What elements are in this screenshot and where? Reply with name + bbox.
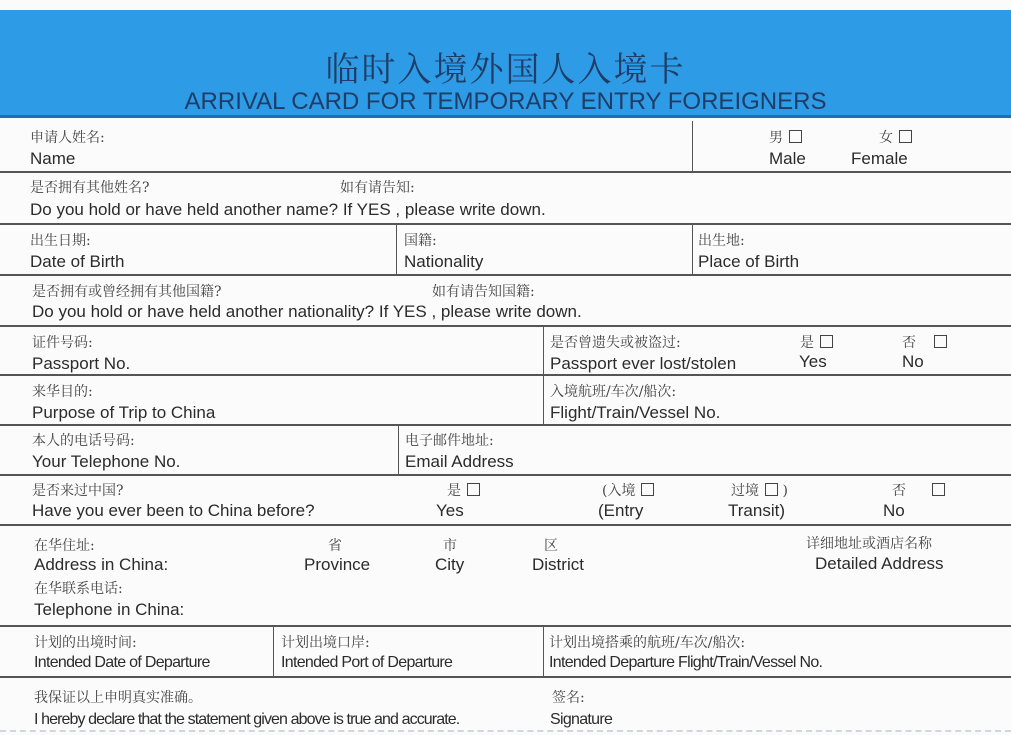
date-of-birth-field[interactable]: 出生日期: Date of Birth [0, 225, 396, 274]
detail-label-cn: 详细地址或酒店名称 [806, 533, 932, 553]
transit-checkbox[interactable] [765, 483, 778, 496]
declaration-row: 我保证以上申明真实准确。 I hereby declare that the s… [0, 678, 1011, 730]
visited-yes-option: 是 [447, 480, 480, 500]
visited-yes-checkbox[interactable] [467, 483, 480, 496]
china-tel-label-en: Telephone in China: [34, 600, 184, 620]
arrival-flight-field[interactable]: 入境航班/车次/船次: Flight/Train/Vessel No. [543, 376, 1011, 424]
place-of-birth-field[interactable]: 出生地: Place of Birth [692, 225, 1011, 274]
transit-option: 过境 ) [731, 480, 788, 500]
address-row[interactable]: 在华住址: Address in China: 省 Province 市 Cit… [0, 526, 1011, 627]
visited-china-row: 是否来过中国? Have you ever been to China befo… [0, 476, 1011, 526]
flight-label-en: Flight/Train/Vessel No. [550, 403, 720, 423]
contact-row: 本人的电话号码: Your Telephone No. 电子邮件地址: Emai… [0, 426, 1011, 476]
departure-date-label-cn: 计划的出境时间: [34, 632, 137, 652]
other-name-if-cn: 如有请告知: [340, 177, 415, 197]
departure-date-label-en: Intended Date of Departure [34, 654, 210, 672]
departure-port-field[interactable]: 计划出境口岸: Intended Port of Departure [273, 627, 543, 676]
name-label-en: Name [30, 149, 75, 169]
pob-label-en: Place of Birth [698, 252, 799, 272]
title-chinese: 临时入境外国人入境卡 [0, 42, 1011, 91]
passport-row: 证件号码: Passport No. 是否曾遗失或被盗过: Passport e… [0, 327, 1011, 376]
address-label-en: Address in China: [34, 555, 168, 575]
province-label-en: Province [304, 555, 370, 575]
female-checkbox[interactable] [899, 130, 912, 143]
other-nat-question-en: Do you hold or have held another nationa… [32, 302, 582, 322]
declaration-cn: 我保证以上申明真实准确。 [34, 687, 202, 707]
detail-label-en: Detailed Address [815, 554, 944, 574]
gender-cell: 男 Male 女 Female [692, 121, 1011, 171]
lost-yes-checkbox[interactable] [820, 335, 833, 348]
other-name-row[interactable]: 是否拥有其他姓名? 如有请告知: Do you hold or have hel… [0, 173, 1011, 225]
dob-label-cn: 出生日期: [30, 230, 91, 250]
title-english: ARRIVAL CARD FOR TEMPORARY ENTRY FOREIGN… [0, 88, 1011, 116]
telephone-field[interactable]: 本人的电话号码: Your Telephone No. [0, 426, 398, 474]
email-field[interactable]: 电子邮件地址: Email Address [398, 426, 1011, 474]
email-label-en: Email Address [405, 452, 514, 472]
city-label-cn: 市 [443, 535, 457, 555]
purpose-row: 来华目的: Purpose of Trip to China 入境航班/车次/船… [0, 376, 1011, 426]
female-option: 女 [879, 127, 912, 147]
passport-lost-cell: 是否曾遗失或被盗过: Passport ever lost/stolen 是 Y… [543, 327, 1011, 374]
email-label-cn: 电子邮件地址: [405, 430, 494, 450]
lost-label-en: Passport ever lost/stolen [550, 354, 736, 374]
declaration-en: I hereby declare that the statement give… [34, 711, 459, 729]
purpose-label-en: Purpose of Trip to China [32, 403, 215, 423]
other-nat-if-cn: 如有请告知国籍: [432, 281, 535, 301]
name-row: 申请人姓名: Name 男 Male 女 Female [0, 121, 1011, 173]
phone-label-en: Your Telephone No. [32, 452, 180, 472]
other-name-question-cn: 是否拥有其他姓名? [30, 177, 150, 197]
city-label-en: City [435, 555, 464, 575]
nationality-field[interactable]: 国籍: Nationality [396, 225, 692, 274]
lost-yes-option: 是 [800, 332, 833, 352]
purpose-field[interactable]: 来华目的: Purpose of Trip to China [0, 376, 543, 424]
district-label-cn: 区 [544, 535, 558, 555]
departure-row: 计划的出境时间: Intended Date of Departure 计划出境… [0, 627, 1011, 678]
purpose-label-cn: 来华目的: [32, 381, 93, 401]
nationality-label-cn: 国籍: [404, 230, 437, 250]
departure-flight-field[interactable]: 计划出境搭乘的航班/车次/船次: Intended Departure Flig… [543, 627, 1011, 676]
lost-yes-label: Yes [799, 352, 827, 372]
female-label: Female [851, 149, 908, 169]
lost-no-checkbox[interactable] [934, 335, 947, 348]
address-label-cn: 在华住址: [34, 535, 95, 555]
departure-port-label-cn: 计划出境口岸: [281, 632, 370, 652]
district-label-en: District [532, 555, 584, 575]
entry-option: (入境 [602, 480, 654, 500]
province-label-cn: 省 [328, 535, 342, 555]
card-header: 临时入境外国人入境卡 ARRIVAL CARD FOR TEMPORARY EN… [0, 10, 1011, 118]
visited-no-option: 否 [892, 480, 945, 500]
visited-question-cn: 是否来过中国? [32, 480, 124, 500]
departure-date-field[interactable]: 计划的出境时间: Intended Date of Departure [0, 627, 273, 676]
passport-label-en: Passport No. [32, 354, 130, 374]
china-tel-label-cn: 在华联系电话: [34, 578, 123, 598]
visited-yes-label: Yes [436, 501, 464, 521]
perforation-line [0, 730, 1011, 732]
passport-number-field[interactable]: 证件号码: Passport No. [0, 327, 543, 374]
departure-flight-label-cn: 计划出境搭乘的航班/车次/船次: [549, 632, 745, 652]
signature-label-cn: 签名: [552, 687, 585, 707]
transit-label: Transit) [728, 501, 785, 521]
visited-no-label: No [883, 501, 905, 521]
visited-no-checkbox[interactable] [932, 483, 945, 496]
lost-label-cn: 是否曾遗失或被盗过: [550, 332, 681, 352]
other-nationality-row[interactable]: 是否拥有或曾经拥有其他国籍? 如有请告知国籍: Do you hold or h… [0, 276, 1011, 327]
signature-field[interactable]: Signature [550, 711, 612, 729]
flight-label-cn: 入境航班/车次/船次: [550, 381, 676, 401]
male-option: 男 [769, 127, 802, 147]
passport-label-cn: 证件号码: [32, 332, 93, 352]
male-label: Male [769, 149, 806, 169]
nationality-label-en: Nationality [404, 252, 483, 272]
lost-no-option: 否 [902, 332, 947, 352]
pob-label-cn: 出生地: [698, 230, 745, 250]
dob-label-en: Date of Birth [30, 252, 125, 272]
entry-label: (Entry [598, 501, 643, 521]
entry-checkbox[interactable] [641, 483, 654, 496]
other-nat-question-cn: 是否拥有或曾经拥有其他国籍? [32, 281, 222, 301]
birth-row: 出生日期: Date of Birth 国籍: Nationality 出生地:… [0, 225, 1011, 276]
departure-flight-label-en: Intended Departure Flight/Train/Vessel N… [549, 654, 822, 672]
name-field[interactable]: 申请人姓名: Name [0, 121, 692, 171]
name-label-cn: 申请人姓名: [30, 127, 105, 147]
phone-label-cn: 本人的电话号码: [32, 430, 135, 450]
visited-question-en: Have you ever been to China before? [32, 501, 315, 521]
departure-port-label-en: Intended Port of Departure [281, 654, 452, 672]
lost-no-label: No [902, 352, 924, 372]
other-name-question-en: Do you hold or have held another name? I… [30, 200, 546, 220]
male-checkbox[interactable] [789, 130, 802, 143]
